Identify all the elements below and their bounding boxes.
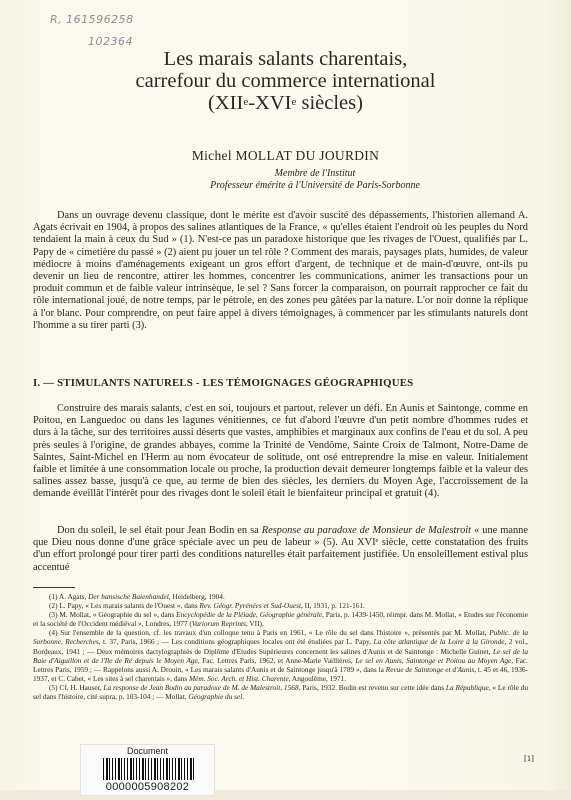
author-name: Michel MOLLAT DU JOURDIN xyxy=(0,148,571,164)
handwritten-number: 102364 xyxy=(88,35,133,48)
barcode-icon xyxy=(103,758,195,780)
title-line-1: Les marais salants charentais, xyxy=(0,48,571,70)
handwritten-shelfmark: R, 161596258 xyxy=(50,13,134,26)
article-title: Les marais salants charentais, carrefour… xyxy=(0,48,571,114)
section-paragraph-1: Construire des marais salants, c'est en … xyxy=(33,403,528,501)
footnotes: (1) A. Agats, Der hansische Baienhandel,… xyxy=(33,592,528,701)
footnote-3: (3) M. Mollat, « Géographie du sel », da… xyxy=(33,610,528,628)
section-heading: I. — STIMULANTS NATURELS - LES TÉMOIGNAG… xyxy=(33,377,413,389)
intro-paragraph: Dans un ouvrage devenu classique, dont l… xyxy=(33,210,528,332)
affiliation-line-2: Professeur émérite à l'Université de Par… xyxy=(150,180,480,192)
footnote-divider xyxy=(33,587,75,588)
page-number: [1] xyxy=(524,753,534,763)
affiliation-line-1: Membre de l'Institut xyxy=(150,168,480,180)
footnote-2: (2) L. Papy, « Les marais salants de l'O… xyxy=(33,601,528,610)
section-paragraph-2: Don du soleil, le sel était pour Jean Bo… xyxy=(33,525,528,574)
footnote-4: (4) Sur l'ensemble de la question, cf. l… xyxy=(33,628,528,683)
author-affiliation: Membre de l'Institut Professeur émérite … xyxy=(150,168,480,192)
footnote-5: (5) Cf. H. Hauser, La response de Jean B… xyxy=(33,683,528,701)
barcode-sticker: Document 0000005908202 xyxy=(80,744,215,796)
title-line-2: carrefour du commerce international xyxy=(0,70,571,92)
barcode-number: 0000005908202 xyxy=(81,781,214,793)
title-line-3: (XIIe-XVIe siècles) xyxy=(0,92,571,114)
footnote-1: (1) A. Agats, Der hansische Baienhandel,… xyxy=(33,592,528,601)
barcode-label: Document xyxy=(81,746,214,756)
